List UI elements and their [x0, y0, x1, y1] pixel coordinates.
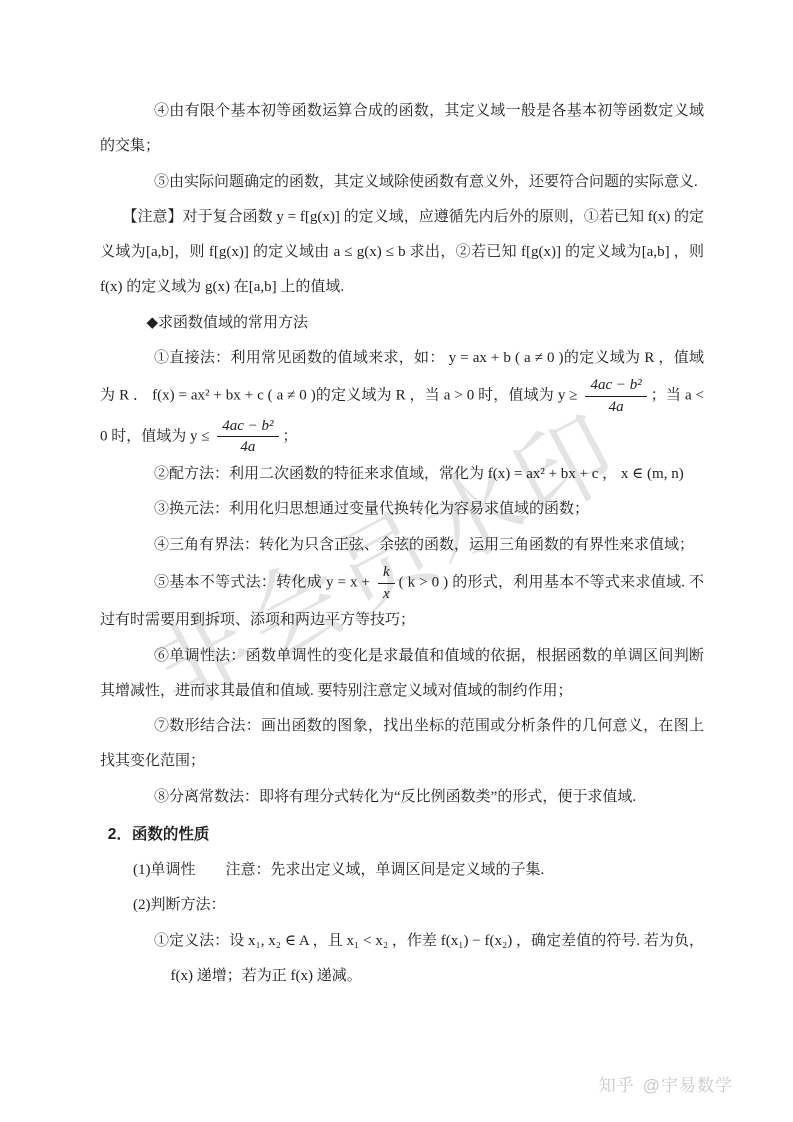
fraction-numerator: k	[378, 563, 395, 584]
paragraph-method-monotonicity: ⑥单调性法：函数单调性的变化是求最值和值域的依据，根据函数的单调区间判断其增减性…	[100, 639, 704, 710]
document-body: ④由有限个基本初等函数运算合成的函数，其定义域一般是各基本初等函数定义域的交集；…	[100, 94, 704, 994]
document-page: 非会员水印 ④由有限个基本初等函数运算合成的函数，其定义域一般是各基本初等函数定…	[0, 0, 793, 1122]
paragraph-method-direct: ①直接法：利用常见函数的值域来求，如： y = ax + b ( a ≠ 0 )…	[100, 341, 704, 457]
fraction-denominator: x	[378, 584, 395, 604]
paragraph-method-substitution: ③换元法：利用化归思想通过变量代换转化为容易求值域的函数；	[100, 492, 704, 527]
paragraph-domain-rule-5: ⑤由实际问题确定的函数，其定义域除使函数有意义外，还要符合问题的实际意义.	[100, 165, 704, 200]
paragraph-method-basic-inequality: ⑤基本不等式法：转化成 y = x + kx( k > 0 ) 的形式，利用基本…	[100, 563, 704, 639]
fraction-k-over-x: kx	[378, 563, 395, 604]
author-handle: @宇易数学	[643, 1076, 733, 1095]
fraction-denominator: 4a	[217, 437, 278, 457]
fraction-4ac-b2-over-4a-1: 4ac − b²4a	[585, 376, 646, 417]
paragraph-definition-method: ①定义法：设 x₁, x₂ ∈ A ，且 x₁ < x₂ ，作差 f(x₁) −…	[100, 924, 704, 995]
paragraph-method-graphical: ⑦数形结合法：画出函数的图象，找出坐标的范围或分析条件的几何意义，在图上找其变化…	[100, 709, 704, 780]
paragraph-range-methods-title: ◆求函数值域的常用方法	[100, 306, 704, 341]
paragraph-method-completing-square: ②配方法：利用二次函数的特征来求值域，常化为 f(x) = ax² + bx +…	[100, 457, 704, 492]
paragraph-monotonicity-note: (1)单调性 注意：先求出定义域，单调区间是定义域的子集.	[100, 853, 704, 888]
paragraph-method-trig-bounded: ④三角有界法：转化为只含正弦、余弦的函数，运用三角函数的有界性来求值域；	[100, 528, 704, 563]
paragraph-method-separate-constant: ⑧分离常数法：即将有理分式转化为“反比例函数类”的形式，便于求值域.	[100, 780, 704, 815]
fraction-denominator: 4a	[585, 397, 646, 417]
zhihu-watermark-credit: 知乎@宇易数学	[599, 1071, 733, 1096]
section-2-heading: 2．函数的性质	[100, 817, 704, 853]
fraction-numerator: 4ac − b²	[585, 376, 646, 397]
paragraph-note-composite-function: 【注意】对于复合函数 y = f[g(x)] 的定义域，应遵循先内后外的原则，①…	[100, 200, 704, 306]
paragraph-domain-rule-4: ④由有限个基本初等函数运算合成的函数，其定义域一般是各基本初等函数定义域的交集；	[100, 94, 704, 165]
paragraph-judge-methods: (2)判断方法：	[100, 888, 704, 923]
fraction-numerator: 4ac − b²	[217, 417, 278, 438]
direct-method-text-3: ；	[283, 428, 298, 444]
fraction-4ac-b2-over-4a-2: 4ac − b²4a	[217, 417, 278, 458]
zhihu-logo-text: 知乎	[599, 1076, 635, 1095]
basic-inequality-text-1: ⑤基本不等式法：转化成 y = x +	[154, 574, 374, 590]
